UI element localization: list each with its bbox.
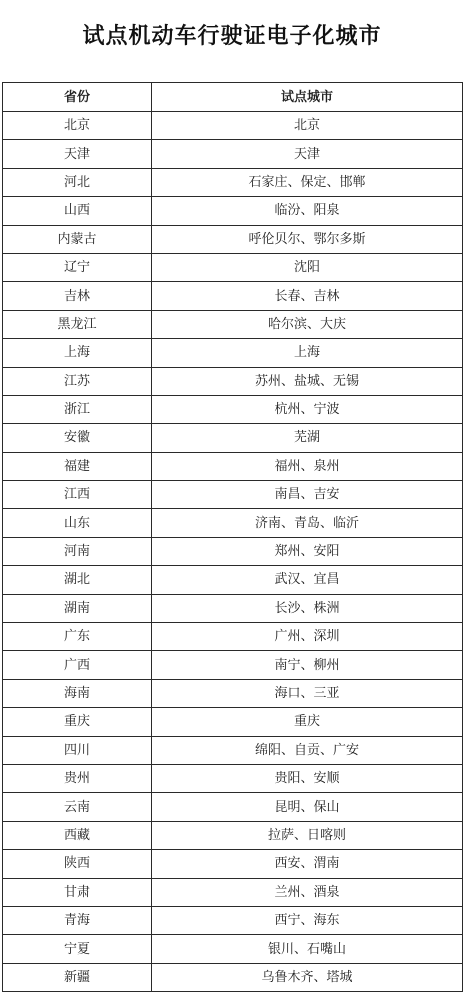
cities-cell: 北京	[152, 112, 463, 140]
cities-cell: 临汾、阳泉	[152, 197, 463, 225]
province-cell: 广东	[3, 623, 152, 651]
province-cell: 山西	[3, 197, 152, 225]
table-row: 北京北京	[3, 112, 463, 140]
cities-cell: 海口、三亚	[152, 679, 463, 707]
cities-cell: 苏州、盐城、无锡	[152, 367, 463, 395]
cities-cell: 呼伦贝尔、鄂尔多斯	[152, 225, 463, 253]
table-row: 江西南昌、吉安	[3, 481, 463, 509]
table-row: 内蒙古呼伦贝尔、鄂尔多斯	[3, 225, 463, 253]
province-cell: 黑龙江	[3, 310, 152, 338]
province-cell: 北京	[3, 112, 152, 140]
table-row: 辽宁沈阳	[3, 253, 463, 281]
cities-cell: 哈尔滨、大庆	[152, 310, 463, 338]
cities-cell: 绵阳、自贡、广安	[152, 736, 463, 764]
table-row: 天津天津	[3, 140, 463, 168]
cities-cell: 芜湖	[152, 424, 463, 452]
table-row: 吉林长春、吉林	[3, 282, 463, 310]
table-row: 上海上海	[3, 339, 463, 367]
cities-cell: 贵阳、安顺	[152, 764, 463, 792]
table-row: 宁夏银川、石嘴山	[3, 935, 463, 963]
cities-cell: 西安、渭南	[152, 850, 463, 878]
cities-cell: 天津	[152, 140, 463, 168]
province-cell: 河南	[3, 537, 152, 565]
cities-cell: 杭州、宁波	[152, 395, 463, 423]
table-row: 黑龙江哈尔滨、大庆	[3, 310, 463, 338]
province-cell: 浙江	[3, 395, 152, 423]
table-row: 山西临汾、阳泉	[3, 197, 463, 225]
province-cell: 湖南	[3, 594, 152, 622]
province-cell: 江西	[3, 481, 152, 509]
province-cell: 上海	[3, 339, 152, 367]
column-header-cities: 试点城市	[152, 83, 463, 112]
cities-cell: 南宁、柳州	[152, 651, 463, 679]
pilot-cities-table: 省份 试点城市 北京北京天津天津河北石家庄、保定、邯郸山西临汾、阳泉内蒙古呼伦贝…	[2, 82, 463, 992]
cities-cell: 昆明、保山	[152, 793, 463, 821]
page-title: 试点机动车行驶证电子化城市	[0, 20, 464, 52]
cities-cell: 济南、青岛、临沂	[152, 509, 463, 537]
cities-cell: 西宁、海东	[152, 906, 463, 934]
cities-cell: 乌鲁木齐、塔城	[152, 963, 463, 991]
province-cell: 天津	[3, 140, 152, 168]
cities-cell: 广州、深圳	[152, 623, 463, 651]
province-cell: 河北	[3, 168, 152, 196]
cities-cell: 上海	[152, 339, 463, 367]
province-cell: 辽宁	[3, 253, 152, 281]
province-cell: 吉林	[3, 282, 152, 310]
table-row: 甘肃兰州、酒泉	[3, 878, 463, 906]
cities-cell: 沈阳	[152, 253, 463, 281]
table-row: 新疆乌鲁木齐、塔城	[3, 963, 463, 991]
table-body: 北京北京天津天津河北石家庄、保定、邯郸山西临汾、阳泉内蒙古呼伦贝尔、鄂尔多斯辽宁…	[3, 112, 463, 992]
table-row: 湖南长沙、株洲	[3, 594, 463, 622]
table-row: 山东济南、青岛、临沂	[3, 509, 463, 537]
table-row: 福建福州、泉州	[3, 452, 463, 480]
province-cell: 贵州	[3, 764, 152, 792]
table-row: 河南郑州、安阳	[3, 537, 463, 565]
table-row: 浙江杭州、宁波	[3, 395, 463, 423]
province-cell: 广西	[3, 651, 152, 679]
province-cell: 新疆	[3, 963, 152, 991]
table-row: 贵州贵阳、安顺	[3, 764, 463, 792]
province-cell: 青海	[3, 906, 152, 934]
province-cell: 福建	[3, 452, 152, 480]
cities-cell: 长春、吉林	[152, 282, 463, 310]
province-cell: 安徽	[3, 424, 152, 452]
province-cell: 陕西	[3, 850, 152, 878]
cities-cell: 郑州、安阳	[152, 537, 463, 565]
province-cell: 湖北	[3, 566, 152, 594]
table-row: 湖北武汉、宜昌	[3, 566, 463, 594]
province-cell: 江苏	[3, 367, 152, 395]
cities-cell: 武汉、宜昌	[152, 566, 463, 594]
table-row: 云南昆明、保山	[3, 793, 463, 821]
province-cell: 内蒙古	[3, 225, 152, 253]
province-cell: 海南	[3, 679, 152, 707]
table-header-row: 省份 试点城市	[3, 83, 463, 112]
column-header-province: 省份	[3, 83, 152, 112]
cities-cell: 银川、石嘴山	[152, 935, 463, 963]
province-cell: 云南	[3, 793, 152, 821]
cities-cell: 拉萨、日喀则	[152, 821, 463, 849]
cities-cell: 石家庄、保定、邯郸	[152, 168, 463, 196]
cities-cell: 重庆	[152, 708, 463, 736]
province-cell: 西藏	[3, 821, 152, 849]
table-row: 陕西西安、渭南	[3, 850, 463, 878]
province-cell: 四川	[3, 736, 152, 764]
table-row: 河北石家庄、保定、邯郸	[3, 168, 463, 196]
table-row: 青海西宁、海东	[3, 906, 463, 934]
cities-cell: 长沙、株洲	[152, 594, 463, 622]
table-row: 西藏拉萨、日喀则	[3, 821, 463, 849]
cities-cell: 南昌、吉安	[152, 481, 463, 509]
table-row: 四川绵阳、自贡、广安	[3, 736, 463, 764]
table-row: 广西南宁、柳州	[3, 651, 463, 679]
province-cell: 甘肃	[3, 878, 152, 906]
table-row: 江苏苏州、盐城、无锡	[3, 367, 463, 395]
province-cell: 宁夏	[3, 935, 152, 963]
province-cell: 重庆	[3, 708, 152, 736]
table-row: 安徽芜湖	[3, 424, 463, 452]
table-row: 广东广州、深圳	[3, 623, 463, 651]
cities-cell: 兰州、酒泉	[152, 878, 463, 906]
province-cell: 山东	[3, 509, 152, 537]
table-row: 重庆重庆	[3, 708, 463, 736]
cities-cell: 福州、泉州	[152, 452, 463, 480]
table-row: 海南海口、三亚	[3, 679, 463, 707]
